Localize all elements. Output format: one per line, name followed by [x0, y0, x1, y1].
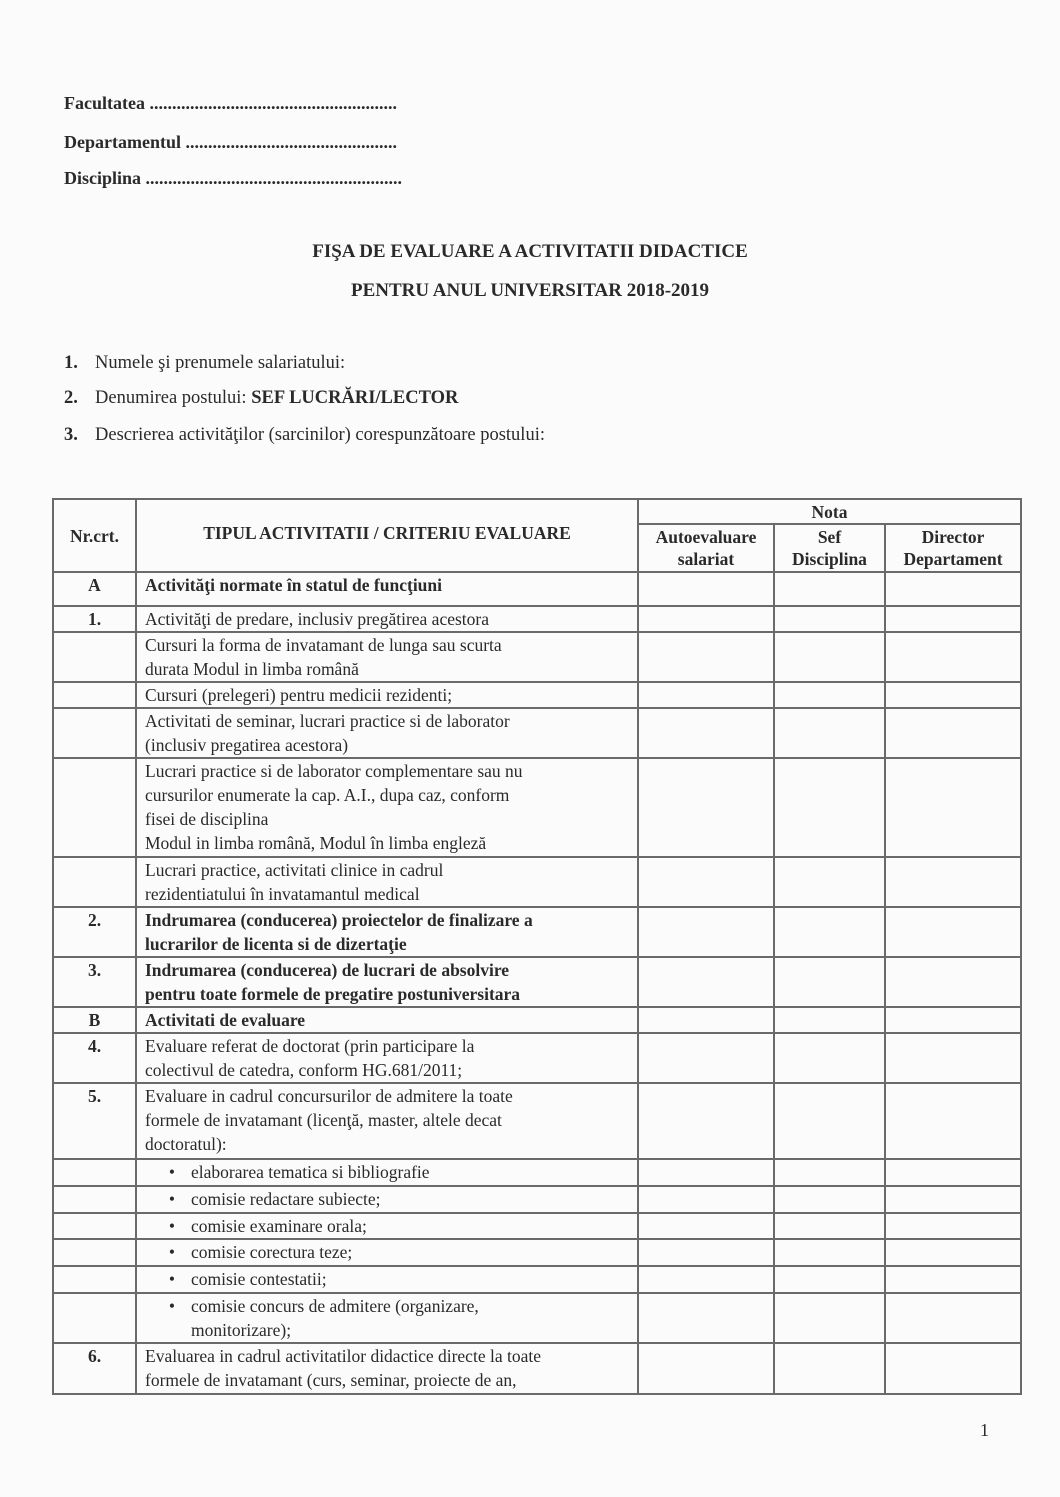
activity-cell: •comisie contestatii; — [136, 1266, 638, 1293]
table-row: •comisie contestatii; — [53, 1266, 1021, 1293]
activity-text-line: Indrumarea (conducerea) proiectelor de f… — [145, 910, 533, 930]
director-grade-cell[interactable] — [885, 606, 1021, 632]
self-eval-grade-cell[interactable] — [638, 606, 774, 632]
director-grade-cell[interactable] — [885, 632, 1021, 682]
header-director: DirectorDepartament — [885, 524, 1021, 572]
director-grade-cell[interactable] — [885, 572, 1021, 606]
item-text: Numele şi prenumele salariatului: — [95, 353, 345, 373]
activity-text-line: comisie corectura teze; — [191, 1242, 352, 1262]
director-grade-cell[interactable] — [885, 1213, 1021, 1239]
director-grade-cell[interactable] — [885, 907, 1021, 957]
activity-text-line: Lucrari practice si de laborator complem… — [145, 761, 523, 781]
table-row: Lucrari practice si de laborator complem… — [53, 758, 1021, 857]
row-number — [53, 758, 136, 857]
sef-grade-cell[interactable] — [774, 632, 885, 682]
bullet-icon: • — [145, 1240, 191, 1264]
item-text: Denumirea postului: — [95, 388, 251, 408]
sef-grade-cell[interactable] — [774, 1083, 885, 1159]
sef-grade-cell[interactable] — [774, 957, 885, 1007]
director-grade-cell[interactable] — [885, 1083, 1021, 1159]
director-grade-cell[interactable] — [885, 857, 1021, 907]
self-eval-grade-cell[interactable] — [638, 857, 774, 907]
self-eval-grade-cell[interactable] — [638, 1186, 774, 1213]
activity-text-line: formele de invatamant (curs, seminar, pr… — [145, 1370, 517, 1390]
activity-text-line: (inclusiv pregatirea acestora) — [145, 735, 348, 755]
document-title: FIŞA DE EVALUARE A ACTIVITATII DIDACTICE — [0, 241, 1060, 263]
activity-text-line: monitorizare); — [191, 1320, 291, 1340]
discipline-label: Disciplina — [64, 168, 141, 188]
bullet-icon: • — [145, 1160, 191, 1184]
activity-text-line: comisie concurs de admitere (organizare, — [191, 1296, 479, 1316]
sef-grade-cell[interactable] — [774, 1213, 885, 1239]
director-grade-cell[interactable] — [885, 1159, 1021, 1186]
info-item-name: 1.Numele şi prenumele salariatului: — [64, 353, 345, 374]
item-text: Descrierea activităţilor (sarcinilor) co… — [95, 425, 545, 445]
header-self-eval-l2: salariat — [678, 549, 734, 569]
sef-grade-cell[interactable] — [774, 1293, 885, 1343]
self-eval-grade-cell[interactable] — [638, 708, 774, 758]
table-row: Cursuri (prelegeri) pentru medicii rezid… — [53, 682, 1021, 708]
activity-text-line: durata Modul in limba română — [145, 659, 359, 679]
activity-cell: Cursuri la forma de invatamant de lunga … — [136, 632, 638, 682]
activity-cell: •comisie concurs de admitere (organizare… — [136, 1293, 638, 1343]
bullet-icon: • — [145, 1267, 191, 1291]
activity-cell: Evaluare referat de doctorat (prin parti… — [136, 1033, 638, 1083]
faculty-blank: ........................................… — [149, 93, 397, 113]
self-eval-grade-cell[interactable] — [638, 1343, 774, 1394]
table-row: •comisie redactare subiecte; — [53, 1186, 1021, 1213]
self-eval-grade-cell[interactable] — [638, 1083, 774, 1159]
header-director-l2: Departament — [903, 549, 1002, 569]
table-row: •comisie concurs de admitere (organizare… — [53, 1293, 1021, 1343]
director-grade-cell[interactable] — [885, 1033, 1021, 1083]
activity-cell: Indrumarea (conducerea) de lucrari de ab… — [136, 957, 638, 1007]
activity-text-line: lucrarilor de licenta si de dizertaţie — [145, 934, 407, 954]
table-row: AActivităţi normate în statul de funcţiu… — [53, 572, 1021, 606]
sef-grade-cell[interactable] — [774, 1343, 885, 1394]
item-number: 1. — [64, 353, 95, 374]
row-number: 3. — [53, 957, 136, 1007]
self-eval-grade-cell[interactable] — [638, 758, 774, 857]
activity-text-line: Evaluare in cadrul concursurilor de admi… — [145, 1086, 513, 1106]
row-number — [53, 1213, 136, 1239]
activity-text-line: colectivul de catedra, conform HG.681/20… — [145, 1060, 462, 1080]
table-row: •elaborarea tematica si bibliografie — [53, 1159, 1021, 1186]
position-value: SEF LUCRĂRI/LECTOR — [251, 388, 458, 408]
info-item-position: 2.Denumirea postului: SEF LUCRĂRI/LECTOR — [64, 388, 458, 409]
sef-grade-cell[interactable] — [774, 606, 885, 632]
row-number — [53, 1293, 136, 1343]
director-grade-cell[interactable] — [885, 1007, 1021, 1033]
self-eval-grade-cell[interactable] — [638, 682, 774, 708]
self-eval-grade-cell[interactable] — [638, 1239, 774, 1266]
activity-cell: Activităţi de predare, inclusiv pregătir… — [136, 606, 638, 632]
table-row: BActivitati de evaluare — [53, 1007, 1021, 1033]
activity-text-line: Activitati de seminar, lucrari practice … — [145, 711, 510, 731]
table-row: 4.Evaluare referat de doctorat (prin par… — [53, 1033, 1021, 1083]
self-eval-grade-cell[interactable] — [638, 1033, 774, 1083]
sef-grade-cell[interactable] — [774, 758, 885, 857]
activity-cell: Indrumarea (conducerea) proiectelor de f… — [136, 907, 638, 957]
activity-text-line: Activitati de evaluare — [145, 1010, 305, 1030]
sef-grade-cell[interactable] — [774, 1239, 885, 1266]
table-row: •comisie examinare orala; — [53, 1213, 1021, 1239]
bullet-icon: • — [145, 1214, 191, 1238]
activity-text-line: comisie redactare subiecte; — [191, 1189, 380, 1209]
self-eval-grade-cell[interactable] — [638, 632, 774, 682]
activity-text-line: Evaluare referat de doctorat (prin parti… — [145, 1036, 474, 1056]
row-number: 1. — [53, 606, 136, 632]
self-eval-grade-cell[interactable] — [638, 907, 774, 957]
item-number: 2. — [64, 388, 95, 409]
activity-text-line: doctoratul): — [145, 1134, 227, 1154]
discipline-field: Disciplina .............................… — [64, 168, 402, 189]
table-row: •comisie corectura teze; — [53, 1239, 1021, 1266]
sef-grade-cell[interactable] — [774, 1266, 885, 1293]
row-number: 2. — [53, 907, 136, 957]
document-subtitle: PENTRU ANUL UNIVERSITAR 2018-2019 — [0, 280, 1060, 302]
row-number — [53, 682, 136, 708]
sef-grade-cell[interactable] — [774, 1159, 885, 1186]
department-blank: ........................................… — [185, 132, 397, 152]
activity-text-line: rezidentiatului în invatamantul medical — [145, 884, 420, 904]
header-self-eval-l1: Autoevaluare — [656, 527, 757, 547]
director-grade-cell[interactable] — [885, 708, 1021, 758]
activity-cell: Lucrari practice si de laborator complem… — [136, 758, 638, 857]
sef-grade-cell[interactable] — [774, 572, 885, 606]
sef-grade-cell[interactable] — [774, 907, 885, 957]
activity-cell: •comisie redactare subiecte; — [136, 1186, 638, 1213]
row-number — [53, 1186, 136, 1213]
row-number: 4. — [53, 1033, 136, 1083]
faculty-label: Facultatea — [64, 93, 145, 113]
activity-text-line: comisie examinare orala; — [191, 1216, 367, 1236]
activity-text-line: pentru toate formele de pregatire postun… — [145, 984, 520, 1004]
department-label: Departamentul — [64, 132, 181, 152]
table-row: Lucrari practice, activitati clinice in … — [53, 857, 1021, 907]
activity-text-line: Lucrari practice, activitati clinice in … — [145, 860, 443, 880]
activity-cell: Evaluare in cadrul concursurilor de admi… — [136, 1083, 638, 1159]
activity-cell: •elaborarea tematica si bibliografie — [136, 1159, 638, 1186]
activity-cell: Cursuri (prelegeri) pentru medicii rezid… — [136, 682, 638, 708]
header-nota: Nota — [638, 499, 1021, 524]
header-activity: TIPUL ACTIVITATII / CRITERIU EVALUARE — [136, 499, 638, 572]
item-number: 3. — [64, 425, 95, 446]
activity-cell: Lucrari practice, activitati clinice in … — [136, 857, 638, 907]
page-number: 1 — [980, 1420, 989, 1441]
sef-grade-cell[interactable] — [774, 1186, 885, 1213]
table-row: 6.Evaluarea in cadrul activitatilor dida… — [53, 1343, 1021, 1394]
table-row: 1.Activităţi de predare, inclusiv pregăt… — [53, 606, 1021, 632]
row-number — [53, 632, 136, 682]
evaluation-table: Nr.crt. TIPUL ACTIVITATII / CRITERIU EVA… — [52, 498, 1022, 1395]
activity-text-line: Cursuri la forma de invatamant de lunga … — [145, 635, 502, 655]
sef-grade-cell[interactable] — [774, 708, 885, 758]
activity-cell: Activităţi normate în statul de funcţiun… — [136, 572, 638, 606]
activity-text-line: Activităţi normate în statul de funcţiun… — [145, 575, 442, 595]
info-item-description: 3.Descrierea activităţilor (sarcinilor) … — [64, 425, 545, 446]
activity-text-line: elaborarea tematica si bibliografie — [191, 1162, 430, 1182]
self-eval-grade-cell[interactable] — [638, 572, 774, 606]
row-number — [53, 708, 136, 758]
director-grade-cell[interactable] — [885, 758, 1021, 857]
director-grade-cell[interactable] — [885, 682, 1021, 708]
sef-grade-cell[interactable] — [774, 1007, 885, 1033]
self-eval-grade-cell[interactable] — [638, 1159, 774, 1186]
activity-text-line: comisie contestatii; — [191, 1269, 327, 1289]
self-eval-grade-cell[interactable] — [638, 1007, 774, 1033]
row-number — [53, 1239, 136, 1266]
director-grade-cell[interactable] — [885, 1266, 1021, 1293]
table-row: Cursuri la forma de invatamant de lunga … — [53, 632, 1021, 682]
activity-text-line: Modul in limba română, Modul în limba en… — [145, 833, 486, 853]
row-number — [53, 1159, 136, 1186]
table-row: Activitati de seminar, lucrari practice … — [53, 708, 1021, 758]
row-number — [53, 1266, 136, 1293]
header-sef: SefDisciplina — [774, 524, 885, 572]
discipline-blank: ........................................… — [146, 168, 403, 188]
activity-cell: Activitati de evaluare — [136, 1007, 638, 1033]
header-sef-l1: Sef — [818, 527, 841, 547]
activity-text-line: cursurilor enumerate la cap. A.I., dupa … — [145, 785, 509, 805]
table-row: 5.Evaluare in cadrul concursurilor de ad… — [53, 1083, 1021, 1159]
sef-grade-cell[interactable] — [774, 682, 885, 708]
sef-grade-cell[interactable] — [774, 857, 885, 907]
activity-text-line: Activităţi de predare, inclusiv pregătir… — [145, 609, 489, 629]
row-number — [53, 857, 136, 907]
activity-cell: Activitati de seminar, lucrari practice … — [136, 708, 638, 758]
sef-grade-cell[interactable] — [774, 1033, 885, 1083]
activity-text-line: Cursuri (prelegeri) pentru medicii rezid… — [145, 685, 452, 705]
director-grade-cell[interactable] — [885, 1239, 1021, 1266]
table-row: 3.Indrumarea (conducerea) de lucrari de … — [53, 957, 1021, 1007]
self-eval-grade-cell[interactable] — [638, 957, 774, 1007]
row-number: 5. — [53, 1083, 136, 1159]
activity-cell: •comisie examinare orala; — [136, 1213, 638, 1239]
director-grade-cell[interactable] — [885, 957, 1021, 1007]
header-sef-l2: Disciplina — [792, 549, 867, 569]
activity-text-line: Indrumarea (conducerea) de lucrari de ab… — [145, 960, 509, 980]
director-grade-cell[interactable] — [885, 1293, 1021, 1343]
department-field: Departamentul ..........................… — [64, 132, 397, 153]
director-grade-cell[interactable] — [885, 1343, 1021, 1394]
header-self-eval: Autoevaluaresalariat — [638, 524, 774, 572]
activity-text-line: formele de invatamant (licenţă, master, … — [145, 1110, 502, 1130]
self-eval-grade-cell[interactable] — [638, 1293, 774, 1343]
faculty-field: Facultatea .............................… — [64, 93, 397, 114]
row-number: 6. — [53, 1343, 136, 1394]
header-director-l1: Director — [922, 527, 985, 547]
row-number: A — [53, 572, 136, 606]
self-eval-grade-cell[interactable] — [638, 1213, 774, 1239]
activity-cell: •comisie corectura teze; — [136, 1239, 638, 1266]
row-number: B — [53, 1007, 136, 1033]
table-row: 2.Indrumarea (conducerea) proiectelor de… — [53, 907, 1021, 957]
director-grade-cell[interactable] — [885, 1186, 1021, 1213]
bullet-icon: • — [145, 1187, 191, 1211]
bullet-icon: • — [145, 1294, 191, 1318]
activity-cell: Evaluarea in cadrul activitatilor didact… — [136, 1343, 638, 1394]
activity-text-line: Evaluarea in cadrul activitatilor didact… — [145, 1346, 541, 1366]
self-eval-grade-cell[interactable] — [638, 1266, 774, 1293]
header-nr: Nr.crt. — [53, 499, 136, 572]
activity-text-line: fisei de disciplina — [145, 809, 268, 829]
